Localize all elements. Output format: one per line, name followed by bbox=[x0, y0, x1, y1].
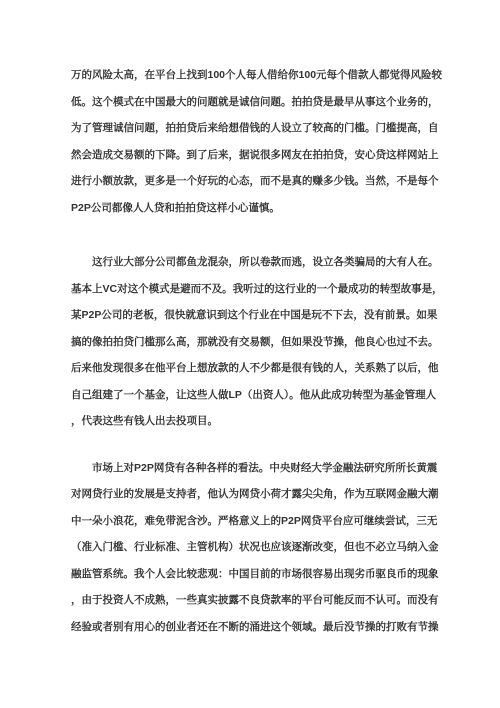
paragraph: 万的风险太高，在平台上找到100个人每人借给你100元每个借款人都觉得风险较 低… bbox=[71, 62, 429, 221]
text-line: 进行小额放款，更多是一个好玩的心态，而不是真的赚多少钱。当然，不是每个 bbox=[71, 168, 429, 195]
document-text-block: 万的风险太高，在平台上找到100个人每人借给你100元每个借款人都觉得风险较 低… bbox=[71, 62, 429, 640]
text-line: 经验或者别有用心的创业者还在不断的涌进这个领域。最后没节操的打败有节操 bbox=[71, 614, 429, 641]
text-line: 自己组建了一个基金，让这些人做LP（出资人）。他从此成功转型为基金管理人 bbox=[71, 382, 429, 409]
text-line: 为了管理诚信问题，拍拍贷后来给想借钱的人设立了较高的门槛。门槛提高，自 bbox=[71, 115, 429, 142]
text-line: 后来他发现很多在他平台上想放款的人不少都是很有钱的人，关系熟了以后，他 bbox=[71, 355, 429, 382]
text-line: 中一朵小浪花，难免带泥含沙。严格意义上的P2P网贷平台应可继续尝试，三无 bbox=[71, 508, 429, 535]
text-line: 融监管系统。我个人会比较悲观：中国目前的市场很容易出现劣币驱良币的现象 bbox=[71, 561, 429, 588]
text-line: （准入门槛、行业标准、主管机构）状况也应该逐渐改变，但也不必立马纳入金 bbox=[71, 534, 429, 561]
text-line: 某P2P公司的老板，很快就意识到这个行业在中国是玩不下去，没有前景。如果 bbox=[71, 302, 429, 329]
text-line: 市场上对P2P网贷有各种各样的看法。中央财经大学金融法研究所所长黄震 bbox=[71, 455, 429, 482]
paragraph: 这行业大部分公司都鱼龙混杂，所以卷款而逃，设立各类骗局的大有人在。 基本上VC对… bbox=[71, 249, 429, 435]
paragraph: 市场上对P2P网贷有各种各样的看法。中央财经大学金融法研究所所长黄震 对网贷行业… bbox=[71, 455, 429, 641]
text-line: 基本上VC对这个模式是避而不及。我听过的这行业的一个最成功的转型故事是， bbox=[71, 276, 429, 303]
text-line: ，代表这些有钱人出去投项目。 bbox=[71, 408, 429, 435]
text-line: 搞的像拍拍贷门槛那么高，那就没有交易额，但如果没节操，他良心也过不去。 bbox=[71, 329, 429, 356]
text-line: P2P公司都像人人贷和拍拍贷这样小心谨慎。 bbox=[71, 195, 429, 222]
text-line: 对网贷行业的发展是支持者，他认为网贷小荷才露尖尖角，作为互联网金融大潮 bbox=[71, 481, 429, 508]
text-line: ，由于投资人不成熟，一些真实披露不良贷款率的平台可能反而不认可。而没有 bbox=[71, 587, 429, 614]
text-line: 然会造成交易额的下降。到了后来，据说很多网友在拍拍贷，安心贷这样网站上 bbox=[71, 142, 429, 169]
text-line: 这行业大部分公司都鱼龙混杂，所以卷款而逃，设立各类骗局的大有人在。 bbox=[71, 249, 429, 276]
text-line: 低。这个模式在中国最大的问题就是诚信问题。拍拍贷是最早从事这个业务的， bbox=[71, 89, 429, 116]
text-line: 万的风险太高，在平台上找到100个人每人借给你100元每个借款人都觉得风险较 bbox=[71, 62, 429, 89]
